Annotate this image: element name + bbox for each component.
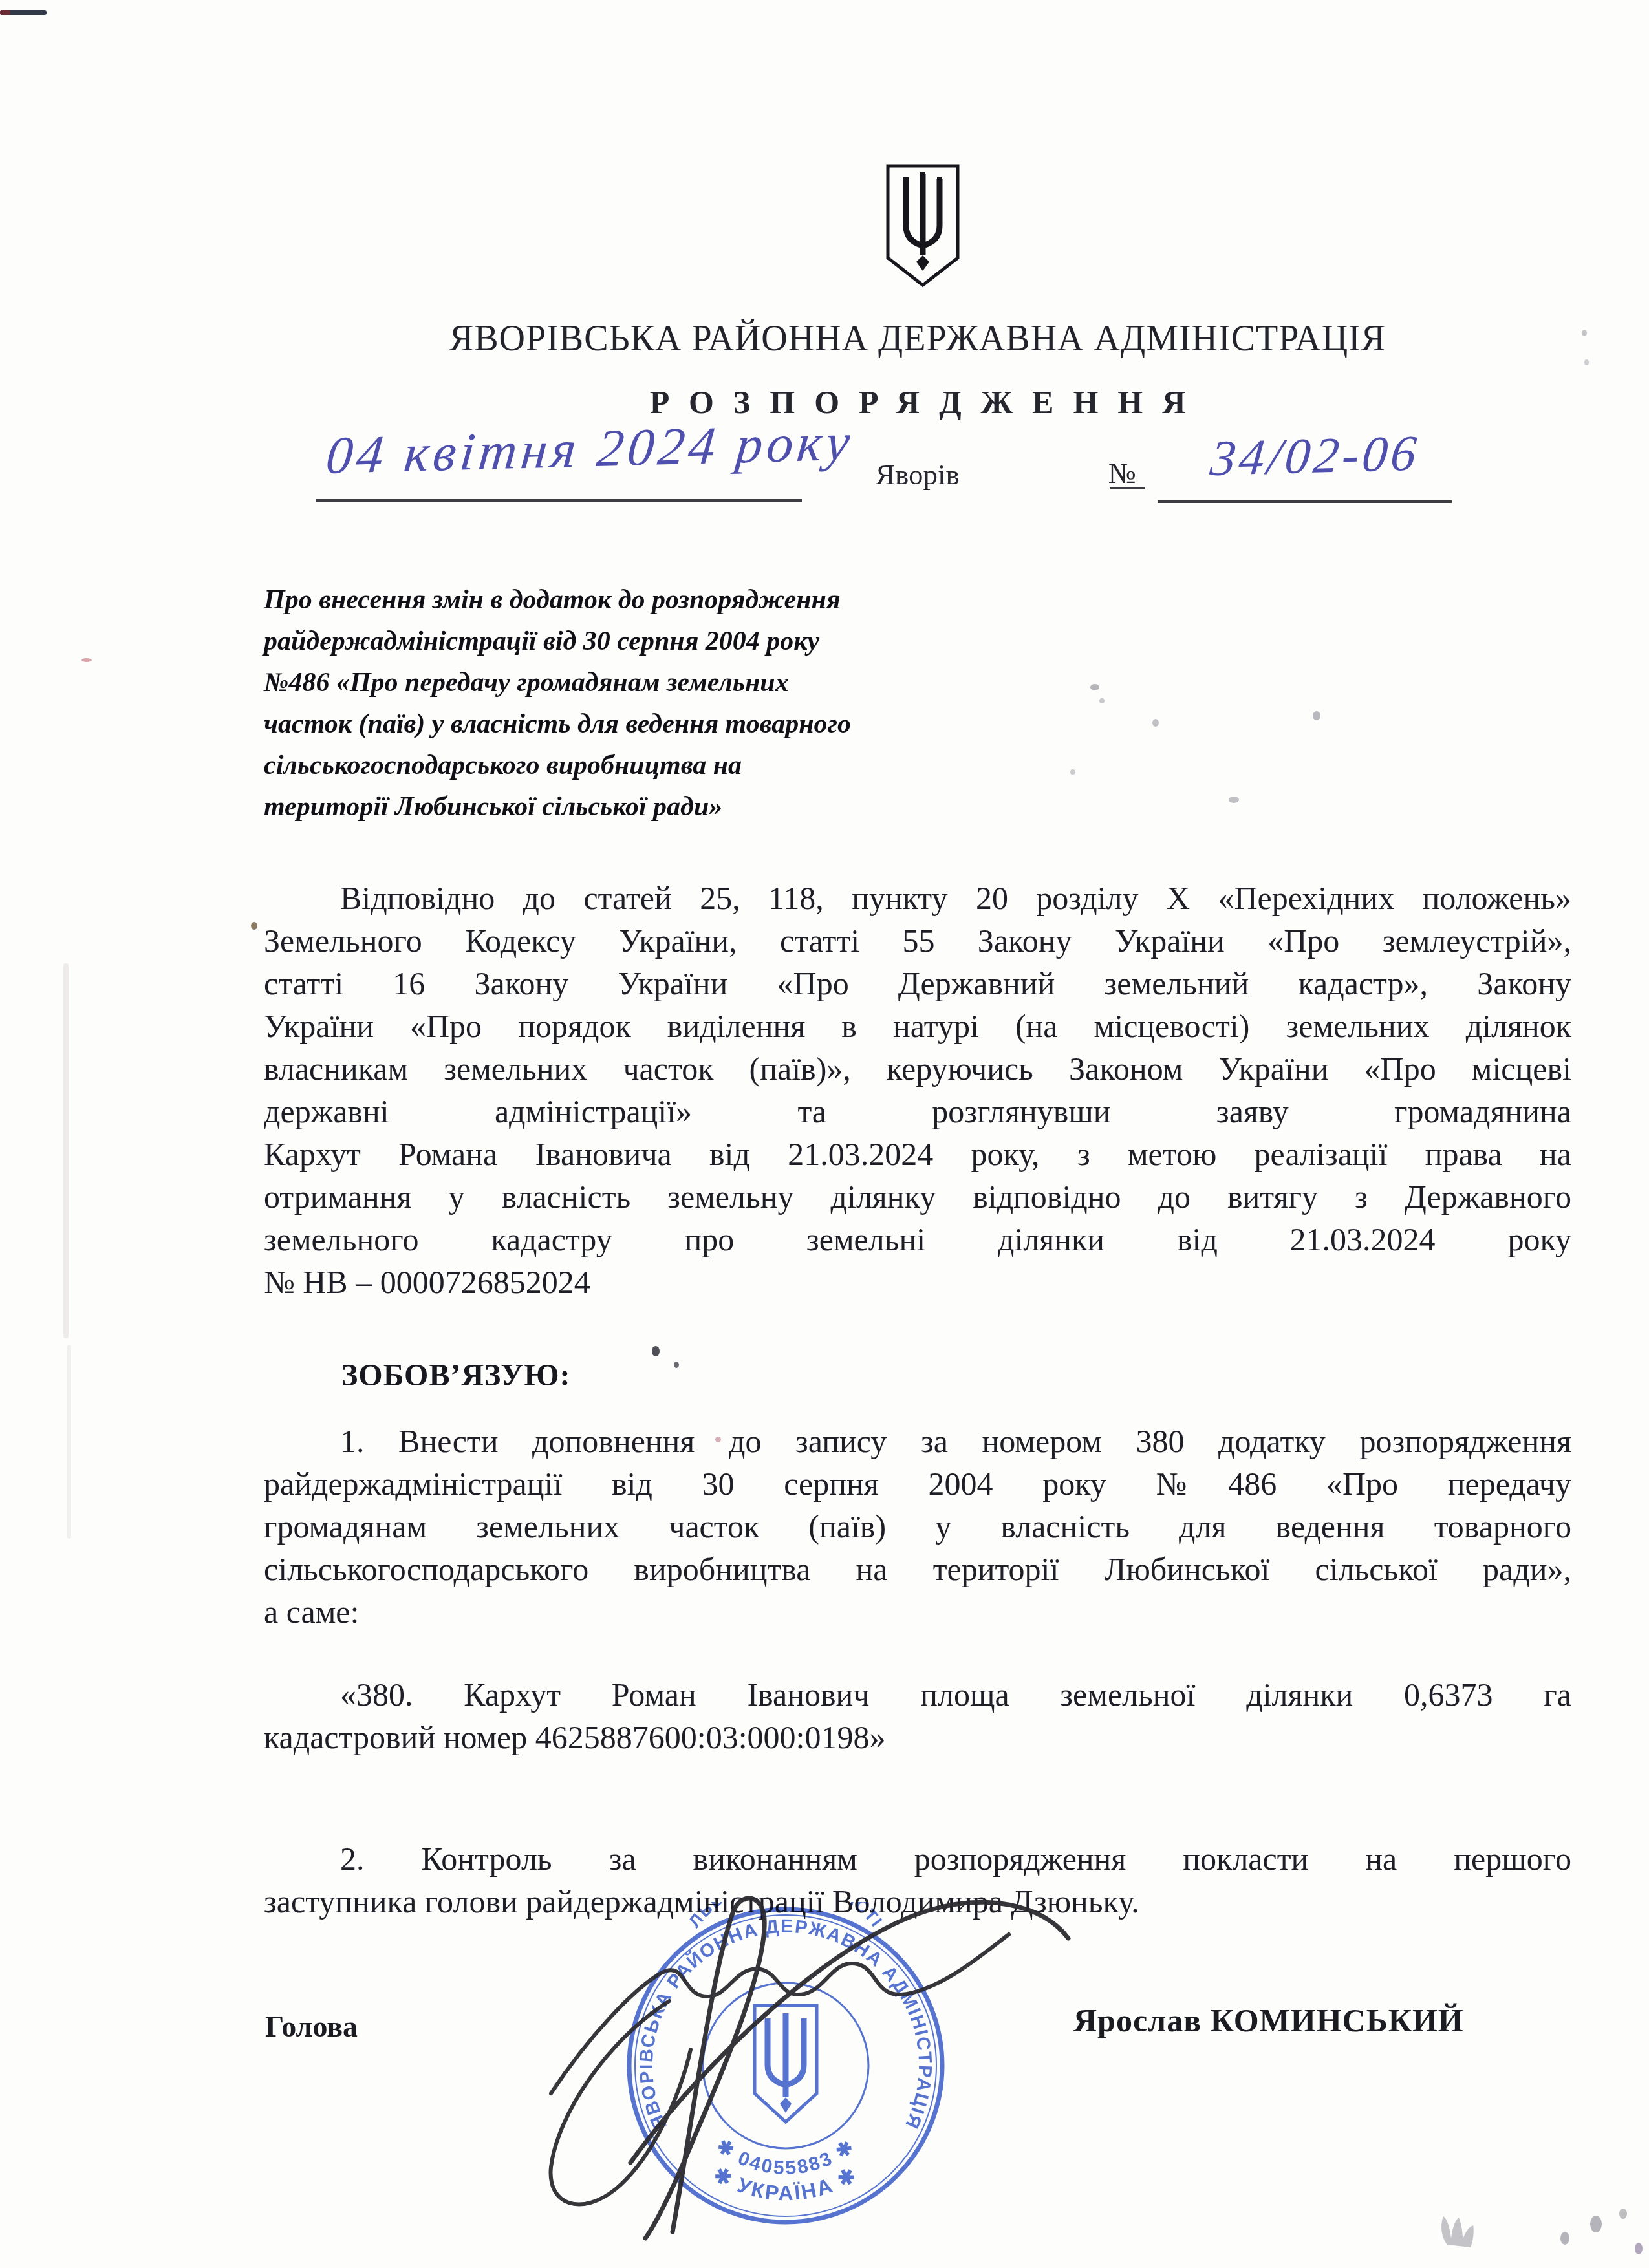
signer-title: Голова [265,2009,358,2044]
subject-line: райдержадміністрації від 30 серпня 2004 … [264,621,1182,662]
subject-block: Про внесення змін в додаток до розпорядж… [264,579,1182,828]
subject-line: часток (паїв) у власність для ведення то… [264,703,1182,745]
item-1-line: громадянам земельних часток (паїв) у вла… [264,1505,1571,1548]
preamble-paragraph: Відповідно до статей 25, 118, пункту 20 … [264,877,1571,1303]
preamble-line: отримання у власність земельну ділянку в… [264,1175,1571,1218]
scan-speck [715,1437,721,1442]
scan-speck [1152,719,1159,727]
document-page: ЯВОРІВСЬКА РАЙОННА ДЕРЖАВНА АДМІНІСТРАЦІ… [0,0,1649,2268]
stamp-trident-shield [755,2006,817,2122]
preamble-line: земельного кадастру про земельні ділянки… [264,1218,1571,1261]
number-sign: № [1108,456,1136,490]
org-title: ЯВОРІВСЬКА РАЙОННА ДЕРЖАВНА АДМІНІСТРАЦІ… [264,319,1571,358]
signer-name: Ярослав КОМИНСЬКИЙ [1073,2002,1464,2039]
record-380-paragraph: «380. Кархут Роман Іванович площа земель… [264,1673,1571,1759]
scan-speck [652,1346,660,1356]
item-1-line: райдержадміністрації від 30 серпня 2004 … [264,1462,1571,1505]
item-1-line: а саме: [264,1590,1571,1633]
date-underline [316,499,802,502]
record-380-line: кадастровий номер 4625887600:03:000:0198… [264,1716,1571,1759]
official-round-stamp: ЯВОРІВСЬКА РАЙОННА ДЕРЖАВНА АДМІНІСТРАЦІ… [622,1902,949,2229]
preamble-line: України «Про порядок виділення в натурі … [264,1005,1571,1047]
scan-speck [81,658,92,662]
subject-line: Про внесення змін в додаток до розпорядж… [264,579,1182,621]
preamble-line: власникам земельних часток (паїв)», керу… [264,1047,1571,1090]
subject-line: території Любинської сільської ради» [264,786,1182,828]
preamble-line: державні адміністрації» та розглянувши з… [264,1090,1571,1133]
scan-smudges [1441,2209,1643,2254]
handwritten-number: 34/02-06 [1208,424,1422,487]
number-underline [1158,500,1452,503]
preamble-line: статті 16 Закону України «Про Державний … [264,962,1571,1005]
scan-speck [674,1362,679,1368]
scan-speck [1229,797,1239,803]
preamble-line: Земельного Кодексу України, статті 55 За… [264,919,1571,962]
scan-streak-top-left-red [0,10,10,15]
preamble-line: № НВ – 0000726852024 [264,1261,1571,1303]
record-380-line: «380. Кархут Роман Іванович площа земель… [264,1673,1571,1716]
handwritten-date: 04 квітня 2024 року [323,412,856,486]
scan-streak-left-margin-2 [67,1345,71,1539]
place-label: Яворів [876,458,960,491]
scan-speck [1099,698,1105,703]
scan-speck [1582,330,1587,336]
subject-line: сільськогосподарського виробництва на [264,745,1182,786]
scan-streak-left-margin [63,963,69,1338]
subject-line: №486 «Про передачу громадянам земельних [264,662,1182,703]
document-type-title: РОЗПОРЯДЖЕННЯ [264,384,1571,420]
scan-speck [1090,684,1099,690]
item-1-line: 1. Внести доповнення до запису за номеро… [264,1420,1571,1462]
preamble-line: Відповідно до статей 25, 118, пункту 20 … [264,877,1571,919]
item-1-paragraph: 1. Внести доповнення до запису за номеро… [264,1420,1571,1633]
scan-speck [1584,359,1589,365]
scan-speck [1313,711,1320,720]
item-2-line: 2. Контроль за виконанням розпорядження … [264,1837,1571,1880]
scan-speck [251,922,257,930]
obligate-heading: ЗОБОВ’ЯЗУЮ: [341,1358,570,1393]
preamble-line: Кархут Романа Івановича від 21.03.2024 р… [264,1133,1571,1175]
ukraine-trident-emblem [885,164,961,288]
scan-speck [1070,769,1075,775]
item-1-line: сільськогосподарського виробництва на те… [264,1548,1571,1590]
